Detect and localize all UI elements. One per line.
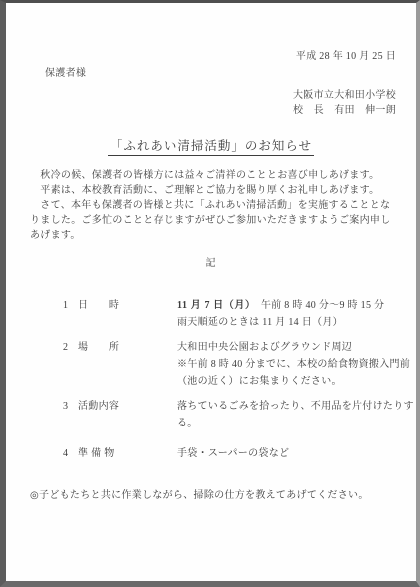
scanned-page-frame: 平成 28 年 10 月 25 日 保護者様 大阪市立大和田小学校 校 長 有田… — [0, 0, 420, 587]
greeting-line-2: 平素は、本校教育活動に、ご理解とご協力を賜り厚くお礼申しあげます。 — [30, 183, 394, 198]
place-line: 大和田中央公園およびグラウンド周辺 — [177, 339, 416, 356]
meeting-place-note: （池の近く）にお集まりください。 — [177, 373, 416, 390]
event-time: 午前 8 時 40 分～9 時 15 分 — [251, 300, 385, 311]
item-content: 大和田中央公園およびグラウンド周辺 ※午前 8 時 40 分までに、本校の給食物… — [177, 339, 416, 390]
meeting-time-note: ※午前 8 時 40 分までに、本校の給食物資搬入門前 — [177, 356, 416, 373]
item-label: 準 備 物 — [78, 445, 177, 462]
document-date: 平成 28 年 10 月 25 日 — [6, 49, 416, 64]
document-page: 平成 28 年 10 月 25 日 保護者様 大阪市立大和田小学校 校 長 有田… — [6, 3, 416, 581]
item-content: 落ちているごみを拾ったり、不用品を片付けたりする。 — [177, 398, 416, 432]
principal-name: 校 長 有田 伸一朗 — [6, 103, 396, 118]
item-number: 2 — [63, 339, 78, 390]
item-datetime: 1 日 時 11 月 7 日（月） 午前 8 時 40 分～9 時 15 分 雨… — [6, 297, 416, 331]
ki-marker: 記 — [6, 256, 416, 271]
event-datetime-line: 11 月 7 日（月） 午前 8 時 40 分～9 時 15 分 — [177, 297, 416, 314]
announcement-paragraph: さて、本年も保護者の皆様と共に「ふれあい清掃活動」を実施することとなりました。ご… — [30, 198, 394, 243]
school-name: 大阪市立大和田小学校 — [6, 88, 396, 103]
rain-postpone-note: 雨天順延のときは 11 月 14 日（月） — [177, 314, 416, 331]
item-content: 11 月 7 日（月） 午前 8 時 40 分～9 時 15 分 雨天順延のとき… — [177, 297, 416, 331]
item-place: 2 場 所 大和田中央公園およびグラウンド周辺 ※午前 8 時 40 分までに、… — [6, 339, 416, 390]
recipient-line: 保護者様 — [45, 66, 416, 81]
item-label: 活動内容 — [78, 398, 177, 432]
item-number: 3 — [63, 398, 78, 432]
document-title: 「ふれあい清掃活動」のお知らせ — [6, 139, 416, 154]
footer-note: ◎子どもたちと共に作業しながら、掃除の仕方を教えてあげてください。 — [30, 488, 396, 503]
item-activity: 3 活動内容 落ちているごみを拾ったり、不用品を片付けたりする。 — [6, 398, 416, 432]
item-number: 1 — [63, 297, 78, 331]
greeting-line-1: 秋冷の候、保護者の皆様方には益々ご清祥のこととお喜び申しあげます。 — [30, 168, 394, 183]
item-label: 場 所 — [78, 339, 177, 390]
item-number: 4 — [63, 445, 78, 462]
event-date: 11 月 7 日（月） — [177, 300, 251, 311]
item-content: 手袋・スーパーの袋など — [177, 445, 416, 462]
activity-line: 落ちているごみを拾ったり、不用品を片付けたりする。 — [177, 398, 416, 432]
body-text: 秋冷の候、保護者の皆様方には益々ご清祥のこととお喜び申しあげます。 平素は、本校… — [30, 168, 394, 243]
detail-list: 1 日 時 11 月 7 日（月） 午前 8 時 40 分～9 時 15 分 雨… — [6, 297, 416, 462]
document-title-text: 「ふれあい清掃活動」のお知らせ — [108, 139, 314, 156]
sender-block: 大阪市立大和田小学校 校 長 有田 伸一朗 — [6, 88, 416, 118]
item-supplies: 4 準 備 物 手袋・スーパーの袋など — [6, 445, 416, 462]
supplies-line: 手袋・スーパーの袋など — [177, 445, 416, 462]
item-label: 日 時 — [78, 297, 177, 331]
